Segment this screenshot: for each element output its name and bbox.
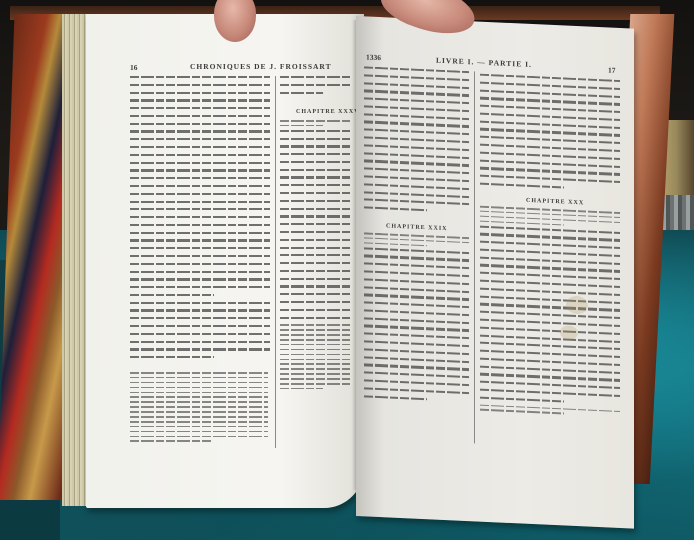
right-page-col1-text-lower <box>364 232 469 437</box>
photo-scene: 16 CHRONIQUES DE J. FROISSART CHAPITRE X… <box>0 0 694 540</box>
right-running-header: LIVRE I. — PARTIE I. <box>436 56 532 69</box>
left-column-divider <box>275 76 276 448</box>
right-chapter-heading-2: CHAPITRE XXX <box>526 198 584 207</box>
right-column-text <box>280 120 352 450</box>
left-page: 16 CHRONIQUES DE J. FROISSART CHAPITRE X… <box>86 14 364 508</box>
foxing-stain <box>566 296 588 315</box>
right-column-top-text <box>280 76 352 106</box>
left-column-text <box>130 76 270 376</box>
right-page: 1336 LIVRE I. — PARTIE I. 17 CHAPITRE XX… <box>356 16 634 529</box>
left-running-header: CHRONIQUES DE J. FROISSART <box>190 62 332 71</box>
right-page-col2-text-lower <box>480 206 620 452</box>
right-page-number: 17 <box>608 65 616 74</box>
right-year-marker: 1336 <box>366 52 381 62</box>
right-page-col1-text <box>364 66 469 223</box>
left-page-number: 16 <box>130 63 138 72</box>
foxing-stain <box>560 325 578 340</box>
left-chapter-heading: CHAPITRE XXXV <box>296 109 360 115</box>
right-page-col2-text <box>480 74 620 200</box>
right-column-divider <box>474 71 475 443</box>
left-column-footnotes <box>130 372 268 462</box>
right-chapter-heading-1: CHAPITRE XXIX <box>386 223 448 232</box>
